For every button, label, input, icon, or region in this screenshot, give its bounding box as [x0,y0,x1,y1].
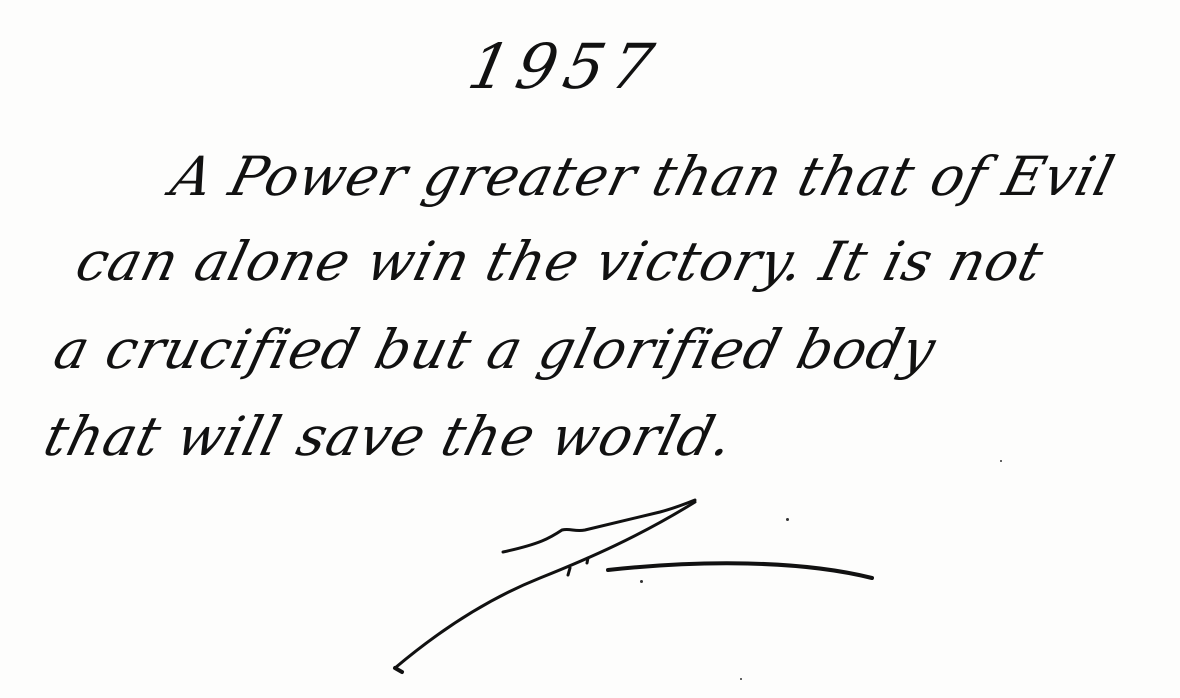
text-line-3: a crucified but a glorified body [48,318,942,381]
ink-speck [786,518,789,521]
signature-flourish [380,480,1080,690]
ink-speck [740,678,742,680]
ink-speck [640,580,643,583]
text-line-2: can alone win the victory. It is not [70,230,1050,293]
ink-speck [1000,460,1002,462]
text-line-1: A Power greater than that of Evil [165,145,1121,208]
text-line-4: that will save the world. [38,405,740,468]
date-heading: 1957 [462,30,667,103]
handwritten-page: 1957 A Power greater than that of Evil c… [0,0,1180,698]
